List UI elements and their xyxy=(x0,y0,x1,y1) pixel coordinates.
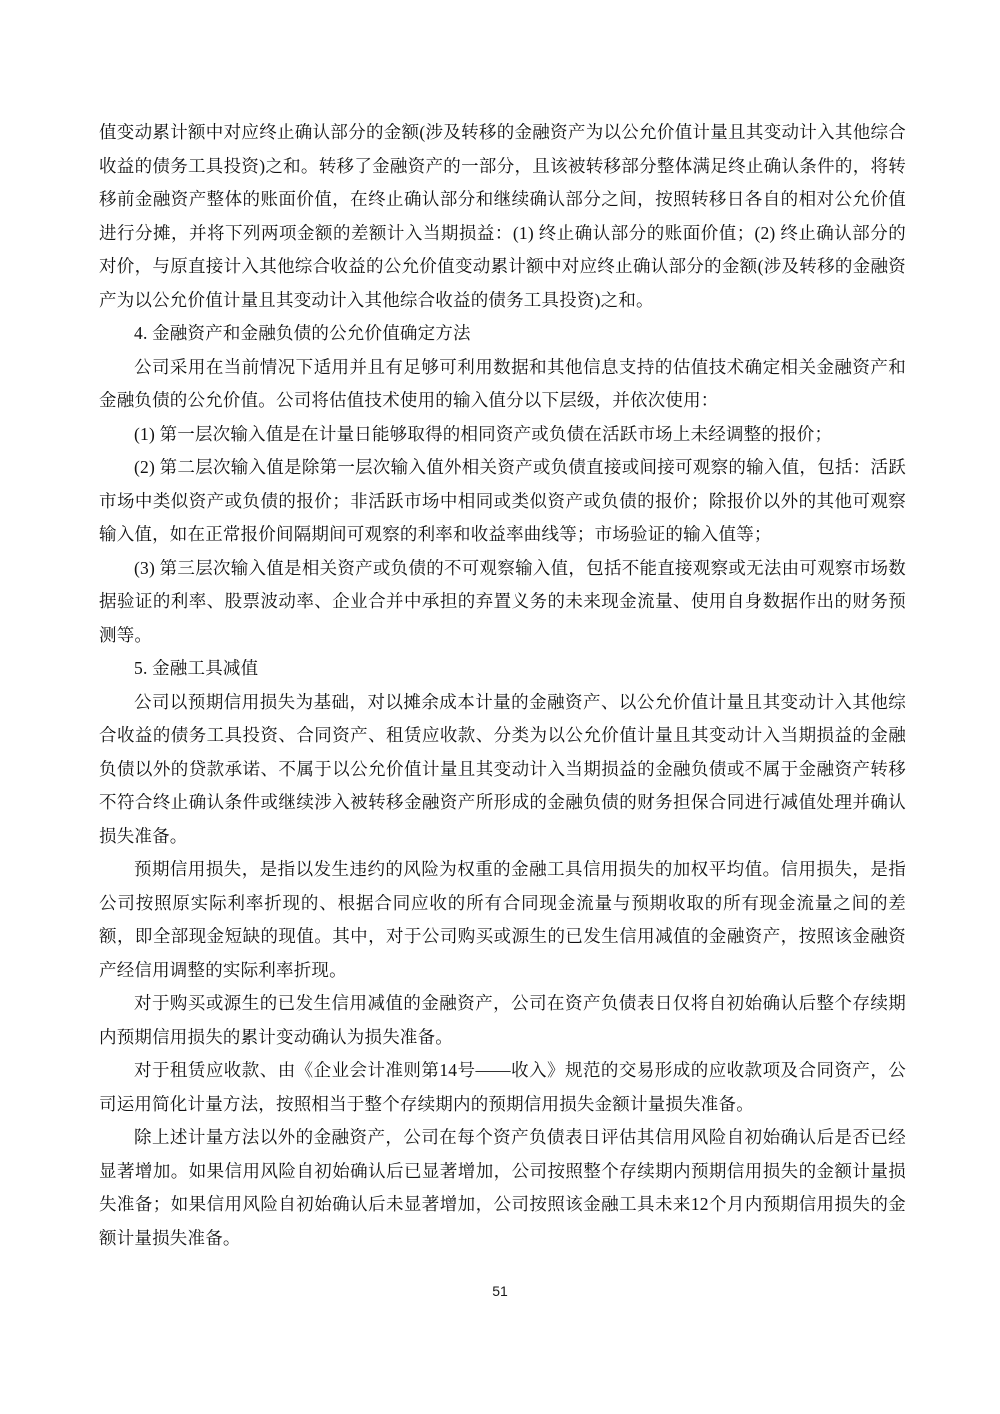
paragraph: 对于购买或源生的已发生信用减值的金融资产，公司在资产负债表日仅将自初始确认后整个… xyxy=(99,987,906,1054)
paragraph: 对于租赁应收款、由《企业会计准则第14号——收入》规范的交易形成的应收款项及合同… xyxy=(99,1054,906,1121)
list-item-2: (2) 第二层次输入值是除第一层次输入值外相关资产或负债直接或间接可观察的输入值… xyxy=(99,451,906,552)
paragraph-continuation: 值变动累计额中对应终止确认部分的金额(涉及转移的金融资产为以公允价值计量且其变动… xyxy=(99,116,906,317)
section-heading-5: 5. 金融工具减值 xyxy=(99,652,906,686)
list-item-3: (3) 第三层次输入值是相关资产或负债的不可观察输入值，包括不能直接观察或无法由… xyxy=(99,552,906,653)
section-heading-4: 4. 金融资产和金融负债的公允价值确定方法 xyxy=(99,317,906,351)
document-page: 值变动累计额中对应终止确认部分的金额(涉及转移的金融资产为以公允价值计量且其变动… xyxy=(0,0,1000,1414)
paragraph: 除上述计量方法以外的金融资产，公司在每个资产负债表日评估其信用风险自初始确认后是… xyxy=(99,1121,906,1255)
paragraph: 公司以预期信用损失为基础，对以摊余成本计量的金融资产、以公允价值计量且其变动计入… xyxy=(99,686,906,854)
page-number: 51 xyxy=(0,1283,1000,1299)
paragraph: 预期信用损失，是指以发生违约的风险为权重的金融工具信用损失的加权平均值。信用损失… xyxy=(99,853,906,987)
paragraph: 公司采用在当前情况下适用并且有足够可利用数据和其他信息支持的估值技术确定相关金融… xyxy=(99,351,906,418)
list-item-1: (1) 第一层次输入值是在计量日能够取得的相同资产或负债在活跃市场上未经调整的报… xyxy=(99,418,906,452)
document-body: 值变动累计额中对应终止确认部分的金额(涉及转移的金融资产为以公允价值计量且其变动… xyxy=(99,116,906,1255)
